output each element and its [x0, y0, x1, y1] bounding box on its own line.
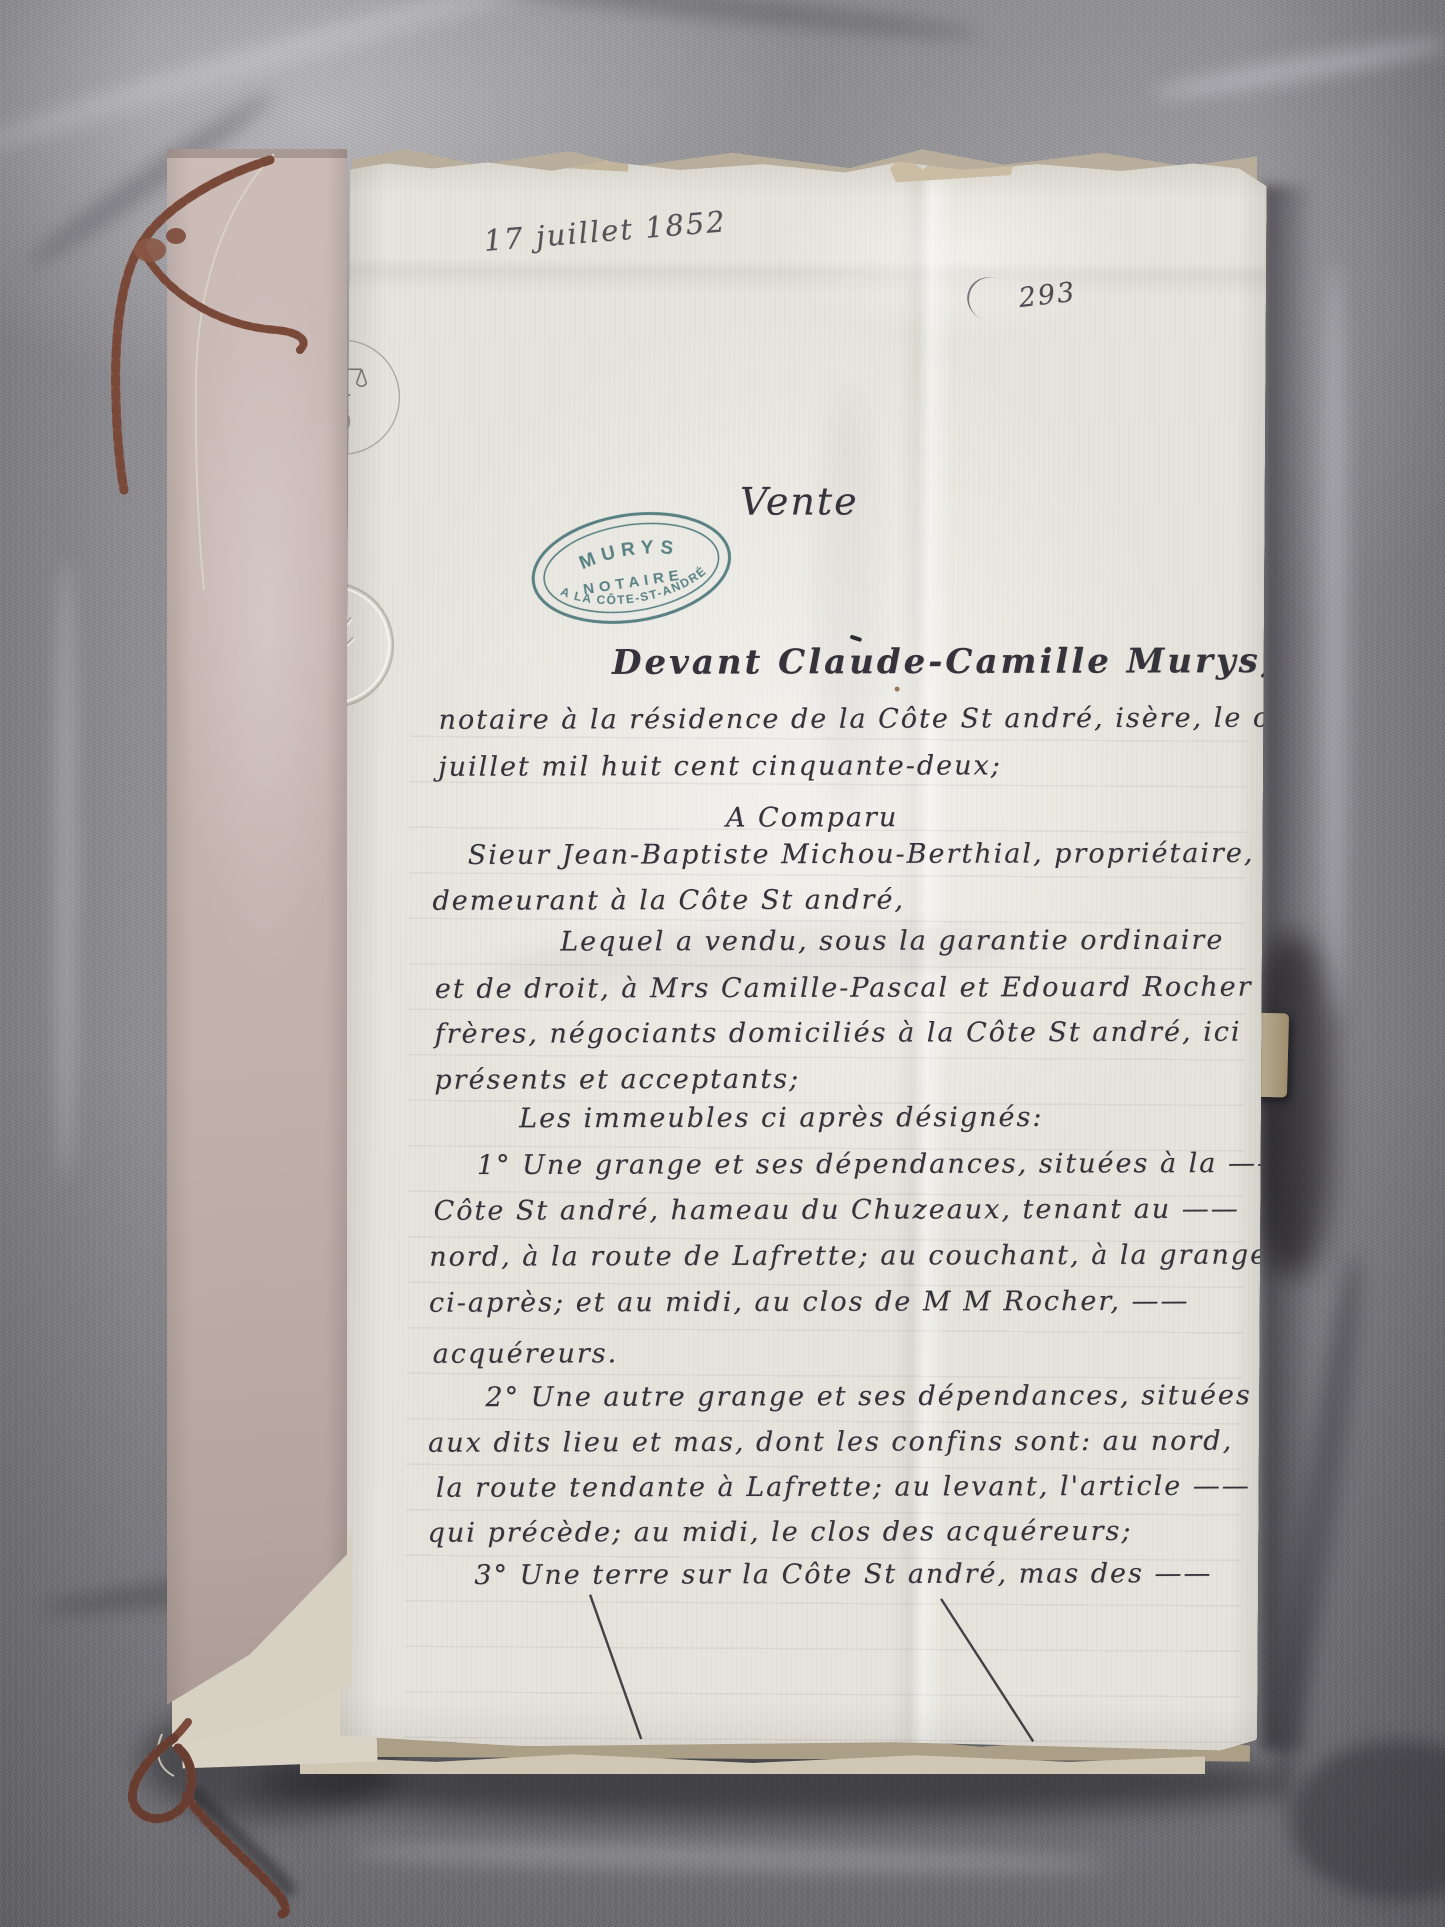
- fabric-wrinkle: [1150, 32, 1445, 106]
- manuscript-sheet: 17 juillet 1852 293 MURYS NOTAIRE A LA C…: [340, 155, 1267, 1751]
- fabric-wrinkle: [1290, 1740, 1445, 1900]
- pen-flourish: [340, 155, 1267, 1751]
- fabric-wrinkle: [55, 560, 77, 1180]
- fabric-wrinkle: [1322, 260, 1348, 1020]
- document-shadow: [1252, 935, 1332, 1275]
- binding-string-bottom: [96, 1716, 376, 1927]
- photo-stage: 17 juillet 1852 293 MURYS NOTAIRE A LA C…: [0, 0, 1445, 1927]
- binding-string-top: [58, 138, 378, 608]
- fabric-wrinkle: [350, 1838, 1110, 1877]
